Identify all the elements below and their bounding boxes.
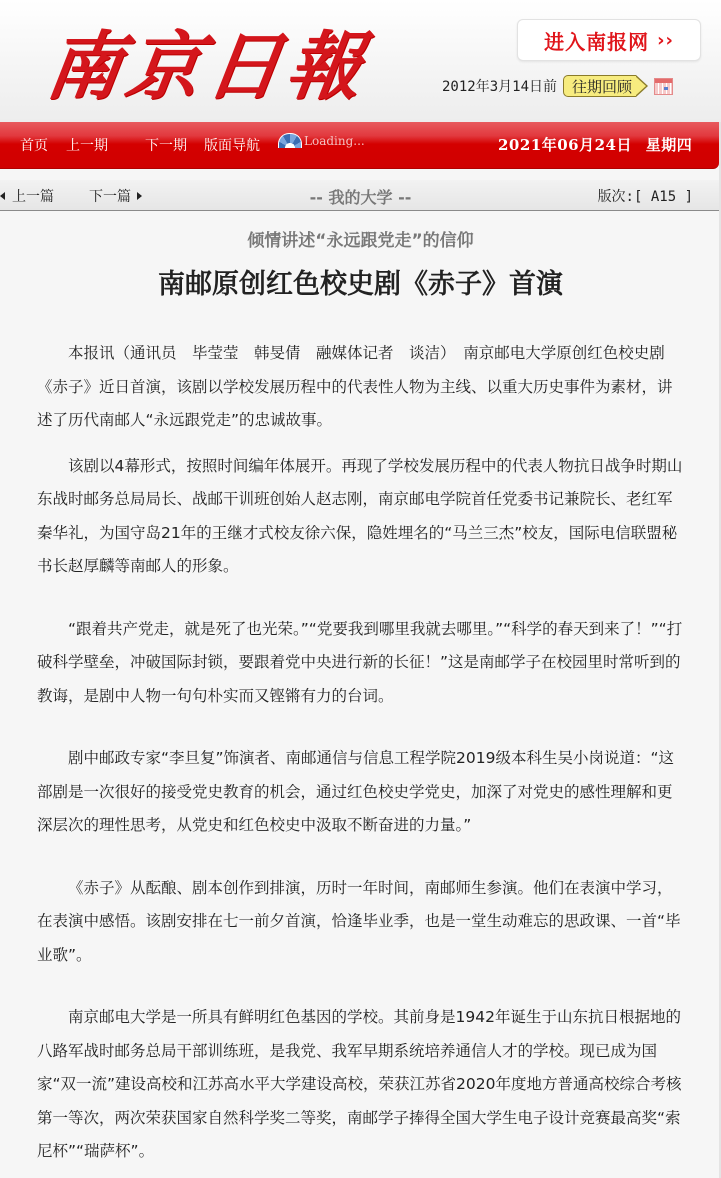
article-paragraph: 该剧以4幕形式，按照时间编年体展开。再现了学校发展历程中的代表人物抗日战争时期山… bbox=[37, 450, 685, 584]
article-subtitle: 倾情讲述“永远跟党走”的信仰 bbox=[0, 226, 721, 251]
newspaper-logo[interactable]: 南京日報 bbox=[41, 8, 376, 114]
nav-next-issue[interactable]: 下一期 bbox=[145, 135, 187, 155]
article-title: 南邮原创红色校史剧《赤子》首演 bbox=[0, 262, 721, 301]
article-navigation-bar: 上一篇 下一篇 -- 我的大学 -- 版次:[ A15 ] bbox=[0, 180, 721, 211]
loading-spinner-icon bbox=[278, 133, 302, 148]
loading-text: Loading... bbox=[304, 134, 365, 148]
article-paragraph: 本报讯（通讯员 毕莹莹 韩旻倩 融媒体记者 谈洁） 南京邮电大学原创红色校史剧《… bbox=[37, 337, 685, 438]
top-navbar: 首页 上一期 下一期 版面导航 Loading... 2021年06月24日 星… bbox=[0, 122, 719, 169]
article-paragraph: 南京邮电大学是一所具有鲜明红色基因的学校。其前身是1942年诞生于山东抗日根据地… bbox=[37, 1001, 685, 1169]
nav-page-navigation[interactable]: 版面导航 bbox=[204, 135, 260, 155]
issue-weekday: 星期四 bbox=[646, 136, 693, 154]
calendar-icon[interactable] bbox=[654, 78, 673, 95]
loading-indicator: Loading... bbox=[278, 133, 365, 148]
archive-row: 2012年3月14日前 往期回顾 bbox=[442, 74, 673, 98]
enter-button-label: 进入南报网 bbox=[544, 26, 649, 55]
enter-nanbao-button[interactable]: 进入南报网 ›› bbox=[517, 19, 701, 61]
article-paragraph: 剧中邮政专家“李旦复”饰演者、南邮通信与信息工程学院2019级本科生吴小岗说道：… bbox=[37, 742, 685, 843]
archive-review-button[interactable]: 往期回顾 bbox=[563, 75, 636, 97]
masthead: 南京日報 进入南报网 ›› 2012年3月14日前 往期回顾 bbox=[0, 0, 721, 122]
article-paragraph: “跟着共产党走，就是死了也光荣。”“党要我到哪里我就去哪里。”“科学的春天到来了… bbox=[37, 613, 685, 714]
double-chevron-right-icon: ›› bbox=[657, 30, 674, 51]
issue-date: 2021年06月24日 星期四 bbox=[498, 134, 692, 155]
archive-date-note: 2012年3月14日前 bbox=[442, 76, 557, 96]
article-body: 本报讯（通讯员 毕莹莹 韩旻倩 融媒体记者 谈洁） 南京邮电大学原创红色校史剧《… bbox=[37, 337, 685, 1169]
article-paragraph: 《赤子》从酝酿、剧本创作到排演，历时一年时间，南邮师生参演。他们在表演中学习，在… bbox=[37, 872, 685, 973]
nav-prev-issue[interactable]: 上一期 bbox=[66, 135, 108, 155]
issue-date-value: 2021年06月24日 bbox=[498, 136, 632, 154]
page-number: 版次:[ A15 ] bbox=[598, 186, 693, 206]
nav-home[interactable]: 首页 bbox=[20, 135, 48, 155]
